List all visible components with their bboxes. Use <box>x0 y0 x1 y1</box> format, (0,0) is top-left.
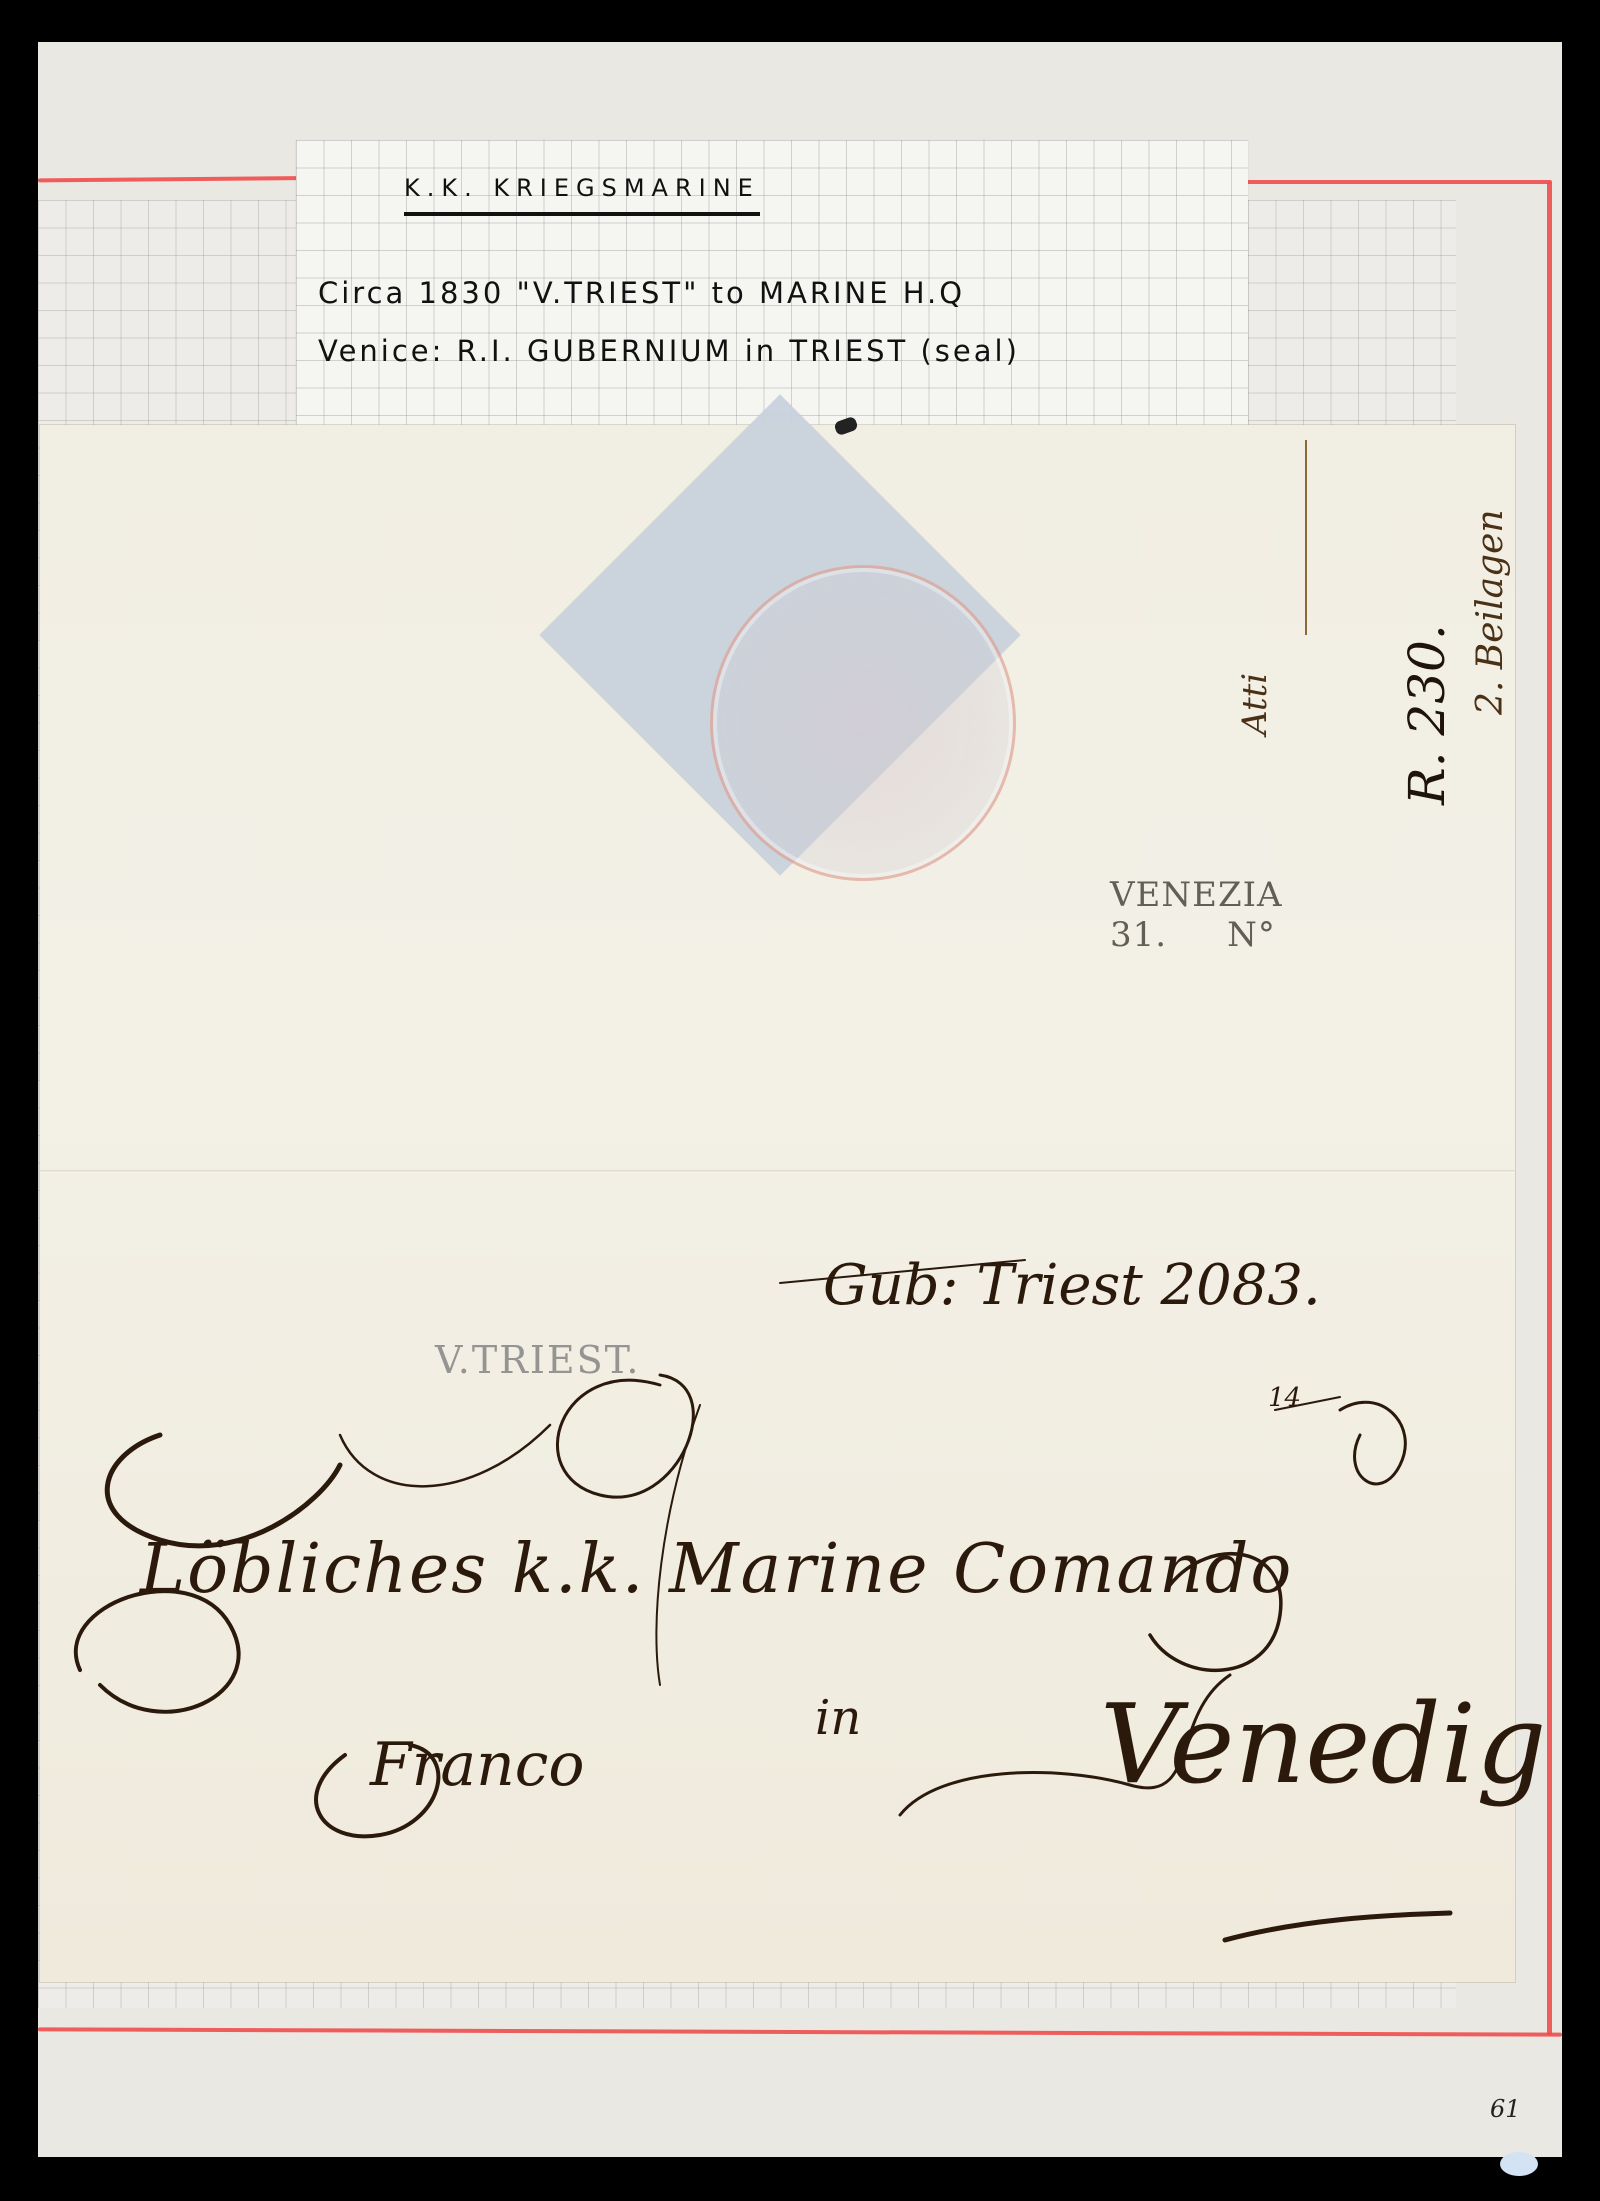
red-border-right <box>1547 182 1552 2035</box>
reference-number: Gub: Triest 2083. <box>823 1253 1321 1318</box>
postmark-day: 31. <box>1110 915 1167 955</box>
franco-annotation: Franco <box>370 1730 584 1800</box>
blue-ink-spot <box>1500 2152 1538 2176</box>
folded-letter-cover: Atti R. 230. 2. Beilagen VENEZIA 31.N° V… <box>40 425 1515 1982</box>
description-label-card: K.K. KRIEGSMARINE Circa 1830 "V.TRIEST" … <box>296 140 1248 430</box>
red-border-bottom <box>38 2027 1562 2036</box>
embossed-seal <box>710 565 1016 881</box>
postmark-month: N° <box>1227 915 1276 955</box>
small-annotation-number: 14 <box>1268 1383 1301 1413</box>
album-page-number: 61 <box>1490 2095 1521 2123</box>
postmark-date: 31.N° <box>1110 915 1283 955</box>
docket-rule-line <box>1305 440 1307 635</box>
label-description-line-2: Venice: R.I. GUBERNIUM in TRIEST (seal) <box>318 334 1020 368</box>
address-recipient: Löbliches k.k. Marine Comando <box>140 1530 1293 1609</box>
venezia-postmark: VENEZIA 31.N° <box>1110 875 1283 955</box>
docket-enclosures: 2. Beilagen <box>1470 509 1511 715</box>
address-city: Venedig <box>1100 1680 1546 1808</box>
label-title: K.K. KRIEGSMARINE <box>404 174 760 216</box>
fold-crease <box>40 1170 1515 1173</box>
address-in: in <box>815 1690 861 1746</box>
docket-register-number: R. 230. <box>1398 624 1456 805</box>
album-page: K.K. KRIEGSMARINE Circa 1830 "V.TRIEST" … <box>38 42 1562 2157</box>
docket-annotation: Atti <box>1235 673 1275 735</box>
triest-handstamp: V.TRIEST. <box>435 1338 640 1382</box>
postmark-town: VENEZIA <box>1110 875 1283 915</box>
label-description-line-1: Circa 1830 "V.TRIEST" to MARINE H.Q <box>318 276 965 310</box>
